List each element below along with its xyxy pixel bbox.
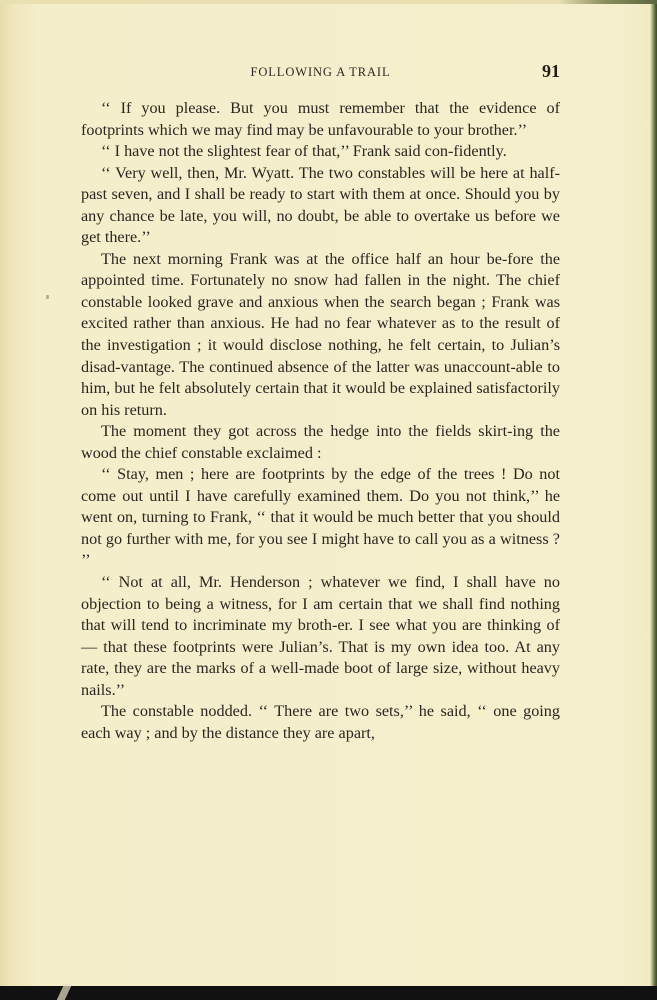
book-page: FOLLOWING A TRAIL 91 ‘‘ If you please. B… (0, 0, 657, 1000)
paragraph: The constable nodded. ‘‘ There are two s… (81, 701, 560, 744)
paragraph: The next morning Frank was at the office… (81, 249, 560, 421)
running-title: FOLLOWING A TRAIL (81, 65, 560, 80)
paragraph: ‘‘ I have not the slightest fear of that… (81, 141, 560, 163)
page-number: 91 (542, 61, 560, 82)
scan-bottom-edge (0, 986, 657, 1000)
paragraph: ‘‘ Stay, men ; here are footprints by th… (81, 464, 560, 572)
paragraph: ‘‘ If you please. But you must remember … (81, 98, 560, 141)
paper-speck (46, 295, 49, 299)
body-text: ‘‘ If you please. But you must remember … (81, 98, 560, 744)
paragraph: The moment they got across the hedge int… (81, 421, 560, 464)
paragraph: ‘‘ Very well, then, Mr. Wyatt. The two c… (81, 163, 560, 249)
paragraph: ‘‘ Not at all, Mr. Henderson ; whatever … (81, 572, 560, 701)
running-head: FOLLOWING A TRAIL 91 (81, 63, 560, 83)
